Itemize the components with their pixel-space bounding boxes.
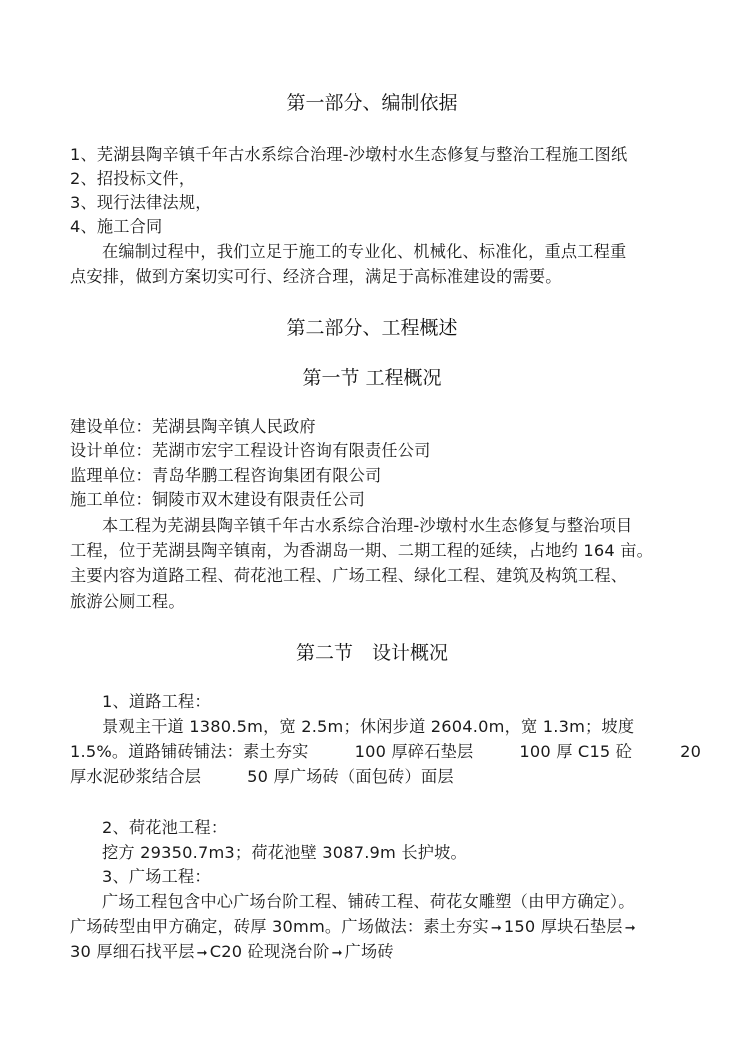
overview-paragraph-line-2: 工程，位于芜湖县陶辛镇南，为香湖岛一期、二期工程的延续，占地约 164 亩。: [70, 539, 674, 563]
section1-heading: 第一节 工程概况: [0, 365, 744, 391]
basis-item-2: 2、招投标文件，: [70, 167, 674, 191]
plaza-step-base: 广场砖型由甲方确定，砖厚 30mm。广场做法：素土夯实: [70, 917, 489, 936]
road-line-2: 1.5%。道路铺砖铺法：素土夯实100 厚碎石垫层100 厚 C15 砼20: [70, 740, 674, 764]
road-step-gravel: 100 厚碎石垫层: [355, 742, 474, 761]
unit-label: 建设单位：: [70, 417, 152, 436]
plaza-step-steps: C20 砼现浇台阶: [210, 942, 330, 961]
road-title: 1、道路工程：: [102, 690, 674, 714]
basis-paragraph-line-2: 点安排，做到方案切实可行、经济合理，满足于高标准建设的需要。: [70, 265, 674, 289]
arrow-right-icon: ➞: [332, 942, 343, 966]
unit-label: 监理单位：: [70, 466, 152, 485]
basis-paragraph-line-1: 在编制过程中，我们立足于施工的专业化、机械化、标准化，重点工程重: [102, 240, 674, 264]
unit-value: 芜湖市宏宇工程设计咨询有限责任公司: [152, 441, 431, 460]
plaza-step-leveling: 30 厚细石找平层: [70, 942, 195, 961]
unit-value: 芜湖县陶辛镇人民政府: [152, 417, 316, 436]
part2-heading: 第二部分、工程概述: [0, 315, 744, 341]
unit-label: 设计单位：: [70, 441, 152, 460]
plaza-step-stone: 150 厚块石垫层: [504, 917, 623, 936]
unit-value: 铜陵市双木建设有限责任公司: [152, 490, 365, 509]
overview-paragraph-line-3: 主要内容为道路工程、荷花池工程、广场工程、绿化工程、建筑及构筑工程、: [70, 564, 674, 588]
plaza-line-3: 30 厚细石找平层➞C20 砼现浇台阶➞广场砖: [70, 940, 674, 964]
plaza-step-tiles: 广场砖: [345, 942, 394, 961]
section2-heading: 第二节 设计概况: [0, 640, 744, 666]
part1-heading: 第一部分、编制依据: [0, 90, 744, 116]
road-step-concrete: 100 厚 C15 砼: [519, 742, 632, 761]
arrow-right-icon: ➞: [491, 917, 502, 941]
arrow-right-icon: ➞: [625, 917, 636, 941]
road-step-base: 1.5%。道路铺砖铺法：素土夯实: [70, 742, 309, 761]
unit-row-contractor: 施工单位：铜陵市双木建设有限责任公司: [70, 488, 674, 512]
unit-row-supervisor: 监理单位：青岛华鹏工程咨询集团有限公司: [70, 464, 674, 488]
road-line-1: 景观主干道 1380.5m，宽 2.5m；休闲步道 2604.0m，宽 1.3m…: [102, 715, 674, 739]
lotus-line-1: 挖方 29350.7m3；荷花池壁 3087.9m 长护坡。: [102, 841, 674, 865]
road-step-surface: 50 厚广场砖（面包砖）面层: [247, 767, 454, 786]
unit-row-construction-owner: 建设单位：芜湖县陶辛镇人民政府: [70, 415, 674, 439]
overview-paragraph-line-4: 旅游公厕工程。: [70, 590, 674, 614]
document-page: 第一部分、编制依据 1、芜湖县陶辛镇千年古水系综合治理-沙墩村水生态修复与整治工…: [0, 0, 744, 1052]
basis-item-1: 1、芜湖县陶辛镇千年古水系综合治理-沙墩村水生态修复与整治工程施工图纸: [70, 143, 674, 167]
unit-value: 青岛华鹏工程咨询集团有限公司: [152, 466, 381, 485]
unit-row-designer: 设计单位：芜湖市宏宇工程设计咨询有限责任公司: [70, 439, 674, 463]
road-step-mortar-prefix: 20: [680, 742, 701, 761]
arrow-right-icon: ➞: [197, 942, 208, 966]
lotus-title: 2、荷花池工程：: [102, 816, 674, 840]
plaza-line-1: 广场工程包含中心广场台阶工程、铺砖工程、荷花女雕塑（由甲方确定）。: [102, 890, 674, 914]
plaza-title: 3、广场工程：: [102, 865, 674, 889]
basis-item-4: 4、施工合同: [70, 215, 674, 239]
road-step-mortar: 厚水泥砂浆结合层: [70, 767, 201, 786]
road-line-3: 厚水泥砂浆结合层50 厚广场砖（面包砖）面层: [70, 765, 674, 789]
plaza-line-2: 广场砖型由甲方确定，砖厚 30mm。广场做法：素土夯实➞150 厚块石垫层➞: [70, 915, 674, 939]
unit-label: 施工单位：: [70, 490, 152, 509]
overview-paragraph-line-1: 本工程为芜湖县陶辛镇千年古水系综合治理-沙墩村水生态修复与整治项目: [102, 514, 674, 538]
basis-item-3: 3、现行法律法规，: [70, 191, 674, 215]
